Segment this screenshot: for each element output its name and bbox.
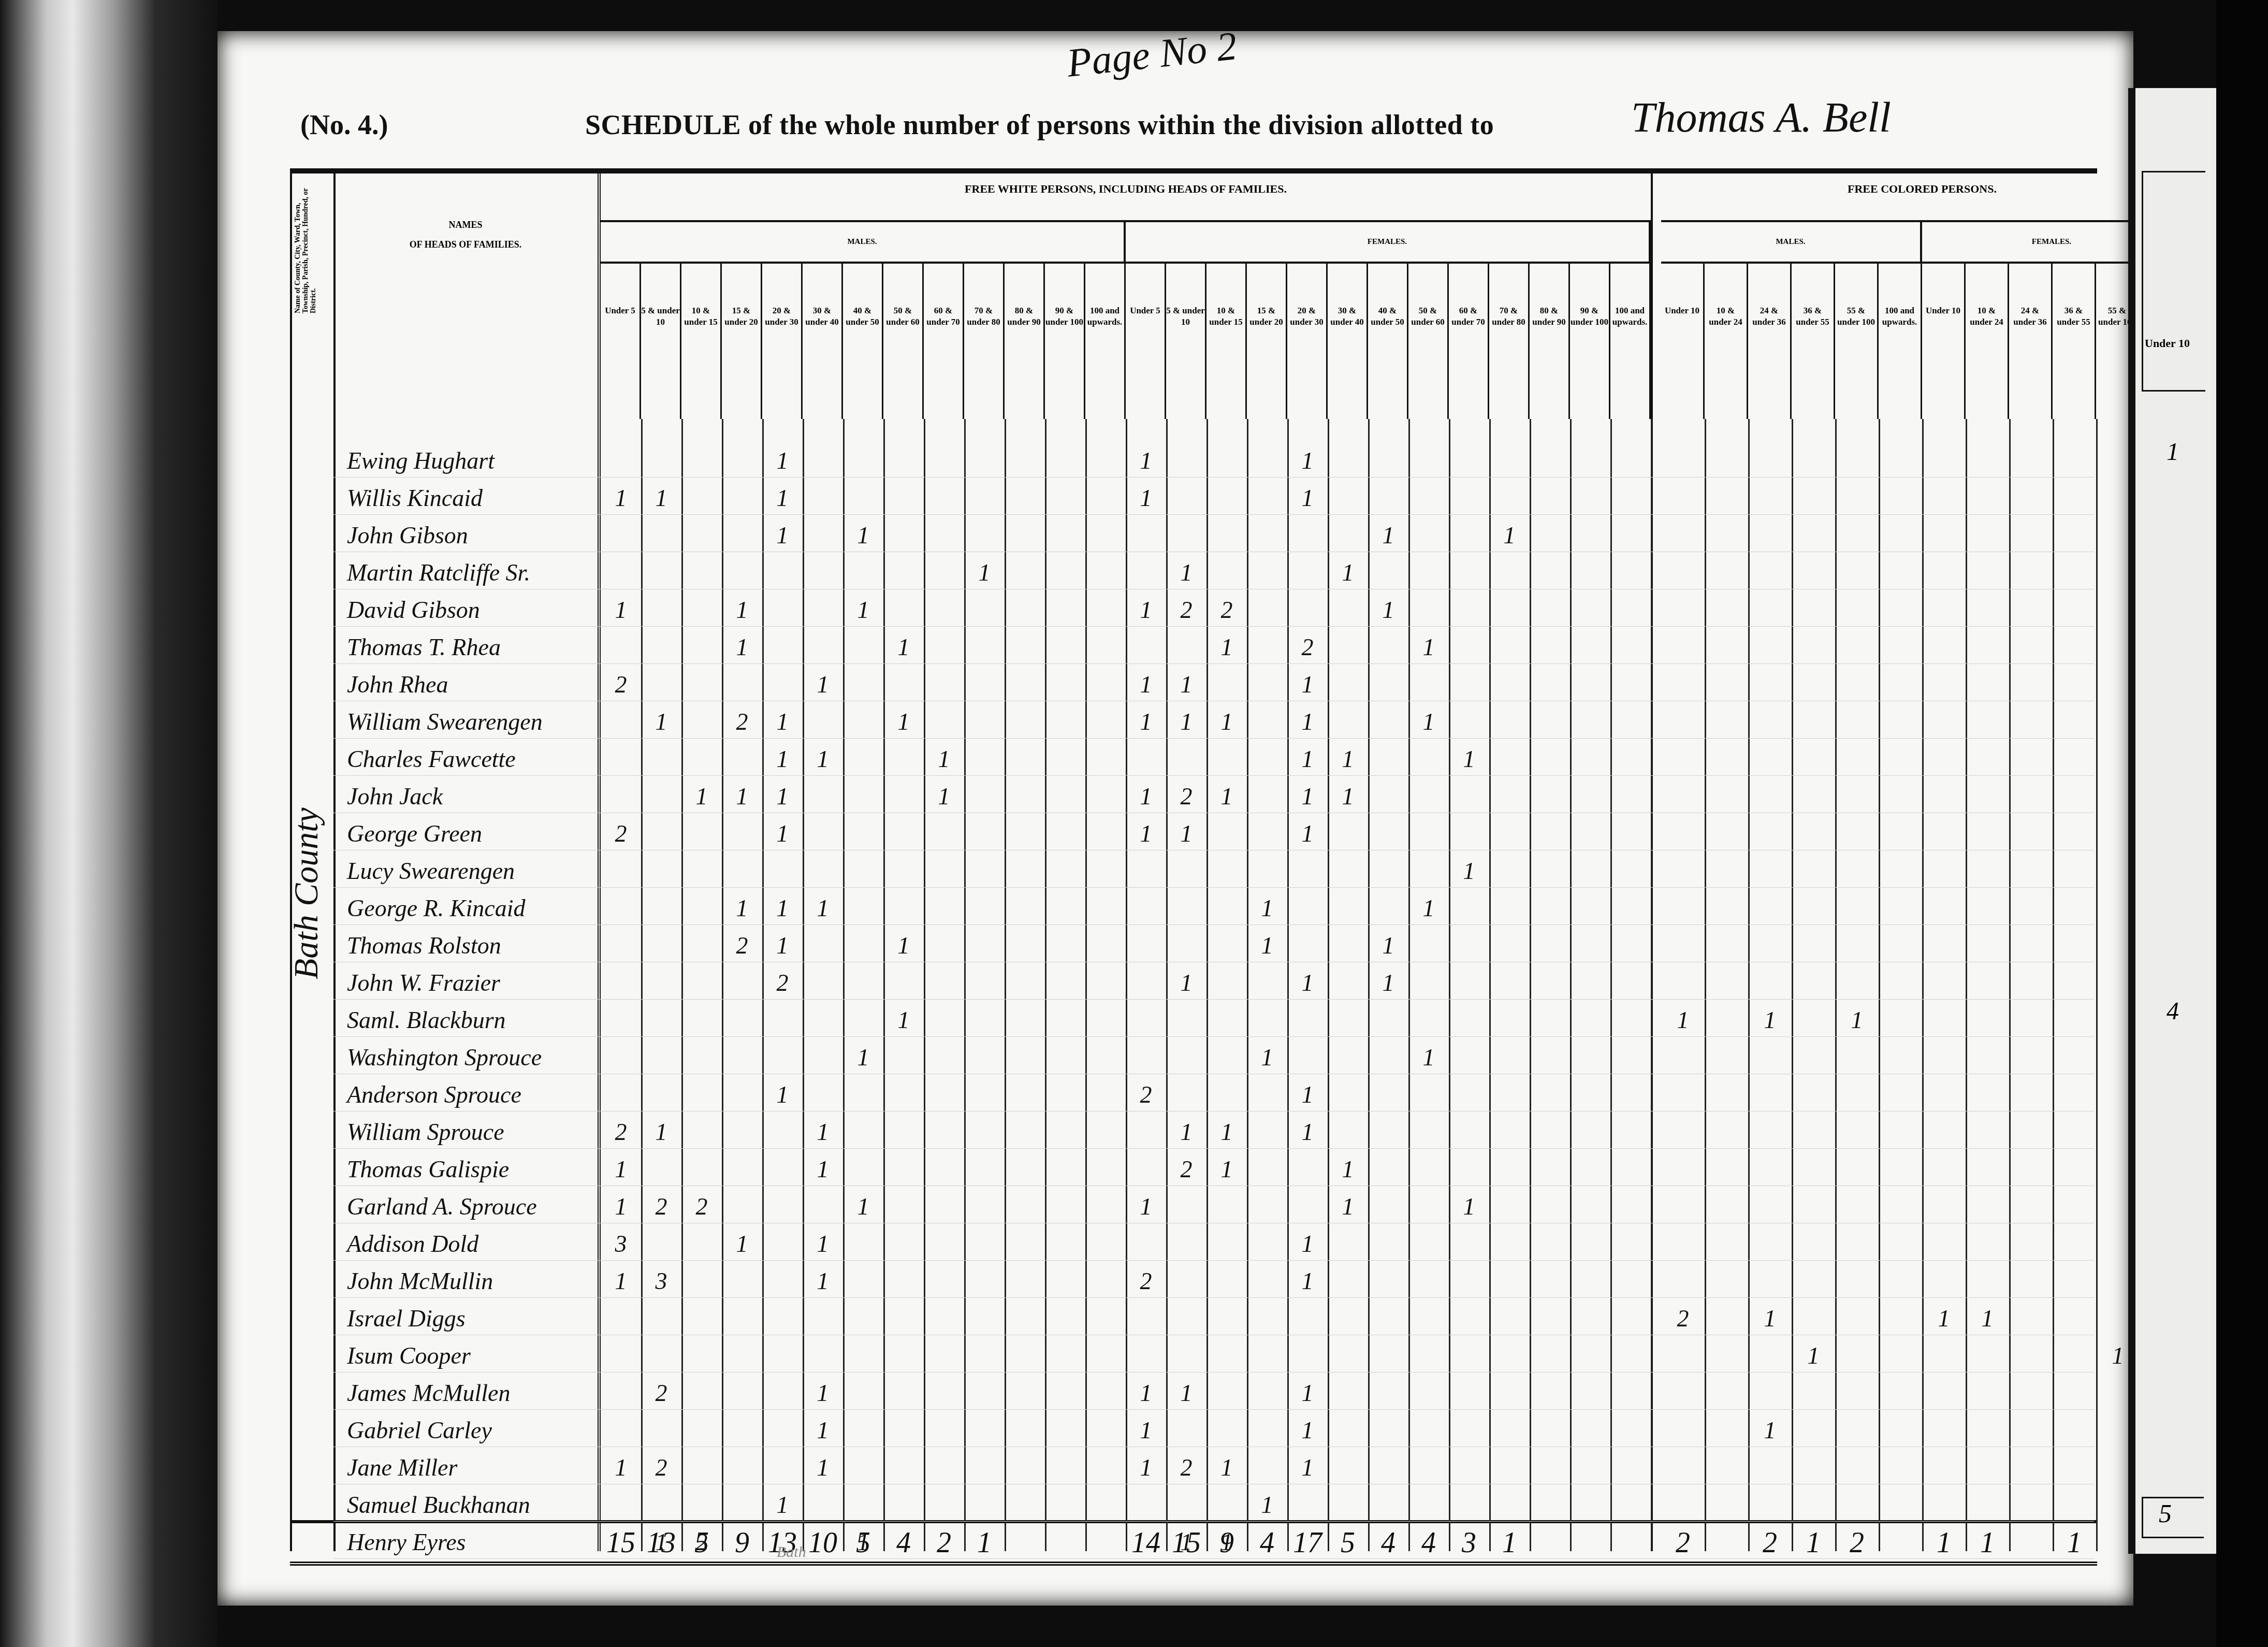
tally-value: 1	[1287, 1230, 1328, 1258]
tally-value: 1	[1126, 484, 1166, 512]
tally-value: 1	[883, 932, 924, 959]
tally-value: 1	[803, 745, 843, 773]
tally-value: 1	[1247, 894, 1287, 922]
column-total: 5	[681, 1526, 722, 1559]
tally-value: 1	[762, 783, 803, 810]
tally-value: 1	[601, 484, 641, 512]
tally-value: 2	[641, 1454, 681, 1481]
age-column-header: 60 & under 70	[924, 264, 964, 419]
tally-value: 1	[1166, 708, 1206, 735]
tally-value: 2	[722, 932, 762, 959]
free-colored-title: FREE COLORED PERSONS.	[1661, 179, 2183, 222]
tally-value: 1	[1287, 1267, 1328, 1295]
tally-value: 1	[1206, 708, 1247, 735]
row-rule	[333, 1409, 2094, 1410]
head-of-family-name: Lucy Swearengen	[347, 857, 515, 885]
tally-value: 2	[762, 969, 803, 996]
tally-value: 1	[1368, 969, 1408, 996]
head-of-family-name: William Sprouce	[347, 1118, 504, 1146]
tally-value: 2	[1287, 633, 1328, 661]
age-column-header: 10 & under 24	[1705, 264, 1748, 419]
tally-value: 1	[883, 1006, 924, 1034]
age-column-header: 90 & under 100	[1570, 264, 1610, 419]
column-total: 1	[2053, 1526, 2096, 1559]
tally-value: 1	[1126, 783, 1166, 810]
age-column-header: 24 & under 36	[2009, 264, 2053, 419]
tally-value: 1	[762, 522, 803, 549]
age-column-header: Under 5	[601, 264, 641, 419]
tally-value: 1	[1206, 1454, 1247, 1481]
tally-value: 2	[601, 671, 641, 698]
row-rule	[333, 738, 2094, 739]
row-rule	[333, 924, 2094, 925]
head-of-family-name: John Jack	[347, 783, 443, 810]
row-rule	[333, 1297, 2094, 1298]
census-table: Name of County, City, Ward, Town, Townsh…	[290, 168, 2097, 1577]
row-rule	[333, 962, 2094, 962]
age-column-header: 60 & under 70	[1449, 264, 1489, 419]
tally-value: 1	[964, 559, 1005, 586]
head-of-family-name: John Rhea	[347, 671, 448, 698]
tally-value: 1	[1287, 671, 1328, 698]
tally-value: 1	[1287, 745, 1328, 773]
head-of-family-name: Henry Eyres	[347, 1528, 466, 1556]
column-total: 15	[1166, 1526, 1206, 1559]
tally-value: 1	[1328, 1193, 1368, 1220]
row-rule	[333, 514, 2094, 515]
row-rule	[333, 850, 2094, 850]
row-rule	[333, 1111, 2094, 1111]
row-rule	[333, 1335, 2094, 1335]
tally-value: 1	[1126, 1417, 1166, 1444]
adjacent-page-header	[2142, 171, 2205, 392]
tally-value: 1	[1748, 1417, 1792, 1444]
head-of-family-name: Thomas Rolston	[347, 932, 501, 959]
county-label: Bath County	[287, 785, 339, 1002]
tally-value: 1	[803, 1454, 843, 1481]
tally-value: 1	[1126, 671, 1166, 698]
row-rule	[333, 887, 2094, 888]
names-header-subtitle: OF HEADS OF FAMILIES.	[333, 235, 598, 254]
head-of-family-name: George Green	[347, 820, 482, 847]
tally-value: 1	[601, 1454, 641, 1481]
head-of-family-name: Thomas Galispie	[347, 1155, 509, 1183]
tally-value: 1	[803, 1230, 843, 1258]
tally-value: 1	[1247, 1044, 1287, 1071]
tally-value: 1	[883, 633, 924, 661]
head-of-family-name: Gabriel Carley	[347, 1417, 492, 1444]
tally-value: 1	[1287, 1081, 1328, 1108]
tally-value: 1	[762, 708, 803, 735]
tally-value: 1	[1328, 559, 1368, 586]
census-page: Page No 2 (No. 4.) SCHEDULE of the whole…	[217, 31, 2133, 1606]
age-column-header: 70 & under 80	[964, 264, 1005, 419]
tally-value: 1	[843, 1044, 883, 1071]
tally-value: 1	[1126, 1193, 1166, 1220]
tally-value: 1	[681, 783, 722, 810]
head-of-family-name: Samuel Buckhanan	[347, 1491, 530, 1519]
tally-value: 1	[1287, 708, 1328, 735]
tally-value: 1	[1368, 932, 1408, 959]
tally-value: 1	[1287, 820, 1328, 847]
tally-value: 1	[762, 447, 803, 474]
head-of-family-name: Jane Miller	[347, 1454, 457, 1481]
head-of-family-name: John W. Frazier	[347, 969, 500, 996]
column-total: 4	[1368, 1526, 1408, 1559]
tally-value: 1	[641, 1118, 681, 1146]
row-rule	[333, 1223, 2094, 1223]
tally-value: 1	[601, 1267, 641, 1295]
head-of-family-name: Martin Ratcliffe Sr.	[347, 559, 530, 586]
tally-value: 1	[722, 633, 762, 661]
tally-value: 1	[1287, 1379, 1328, 1407]
tally-value: 2	[641, 1379, 681, 1407]
column-total: 3	[1449, 1526, 1489, 1559]
age-column-header: 55 & under 100	[1835, 264, 1879, 419]
column-total: 1	[1966, 1526, 2009, 1559]
age-column-header: 15 & under 20	[722, 264, 762, 419]
tally-value: 1	[762, 484, 803, 512]
tally-value: 2	[1166, 1155, 1206, 1183]
tally-value: 1	[1206, 633, 1247, 661]
row-rule	[333, 775, 2094, 776]
tally-value: 1	[1287, 783, 1328, 810]
tally-value: 1	[1287, 447, 1328, 474]
tally-value: 1	[1449, 857, 1489, 885]
head-of-family-name: John McMullin	[347, 1267, 493, 1295]
tally-value: 1	[762, 932, 803, 959]
age-column-header: 10 & under 15	[1206, 264, 1247, 419]
tally-value: 1	[1922, 1305, 1966, 1332]
tally-value: 1	[762, 745, 803, 773]
age-column-header: 80 & under 90	[1530, 264, 1570, 419]
column-total: 9	[722, 1526, 762, 1559]
tally-value: 1	[1166, 820, 1206, 847]
head-of-family-name: Charles Fawcette	[347, 745, 516, 773]
tally-value: 1	[762, 894, 803, 922]
head-of-family-name: James McMullen	[347, 1379, 511, 1407]
tally-value: 1	[1408, 708, 1449, 735]
age-column-header: 100 and upwards.	[1085, 264, 1126, 419]
column-total: 10	[803, 1526, 843, 1559]
white-females-label: FEMALES.	[1126, 222, 1651, 264]
age-column-header: 50 & under 60	[883, 264, 924, 419]
age-column-header: 50 & under 60	[1408, 264, 1449, 419]
row-rule	[333, 1186, 2094, 1186]
tally-value: 1	[1966, 1305, 2009, 1332]
head-of-family-name: Isum Cooper	[347, 1342, 471, 1369]
tally-value: 1	[601, 1193, 641, 1220]
tally-value: 1	[1206, 1118, 1247, 1146]
age-column-header: 90 & under 100	[1045, 264, 1085, 419]
tally-value: 1	[762, 1081, 803, 1108]
tally-value: 1	[803, 1155, 843, 1183]
tally-value: 1	[803, 1417, 843, 1444]
head-of-family-name: William Swearengen	[347, 708, 543, 735]
tally-value: 1	[601, 596, 641, 624]
row-rule	[333, 663, 2094, 664]
row-rule	[333, 552, 2094, 552]
tally-value: 1	[1247, 932, 1287, 959]
tally-value: 1	[1792, 1342, 1835, 1369]
tally-value: 1	[722, 1230, 762, 1258]
tally-value: 1	[722, 894, 762, 922]
tally-value: 1	[1166, 969, 1206, 996]
tally-value: 1	[1166, 1118, 1206, 1146]
tally-value: 1	[1328, 1155, 1368, 1183]
white-males-label: MALES.	[601, 222, 1126, 264]
tally-value: 1	[722, 596, 762, 624]
head-of-family-name: David Gibson	[347, 596, 480, 624]
column-total: 1	[964, 1526, 1005, 1559]
tally-value: 1	[1126, 447, 1166, 474]
column-total: 1	[1792, 1526, 1835, 1559]
head-of-family-name: John Gibson	[347, 522, 468, 549]
age-column-header: 40 & under 50	[1368, 264, 1408, 419]
column-total: 4	[883, 1526, 924, 1559]
tally-value: 1	[1126, 820, 1166, 847]
head-of-family-name: Washington Sprouce	[347, 1044, 542, 1071]
age-column-header: 36 & under 55	[1792, 264, 1835, 419]
age-column-header: 80 & under 90	[1005, 264, 1045, 419]
tally-value: 1	[1166, 1379, 1206, 1407]
adjacent-page-edge: Under 10 5 14	[2128, 88, 2223, 1554]
tally-value: 3	[601, 1230, 641, 1258]
column-total: 1	[1489, 1526, 1530, 1559]
tally-value: 1	[843, 596, 883, 624]
totals-bottom-rule	[290, 1562, 2097, 1566]
column-total: 13	[641, 1526, 681, 1559]
column-total: 2	[1835, 1526, 1879, 1559]
names-column-header: NAMES OF HEADS OF FAMILIES.	[333, 215, 598, 254]
adjacent-page-value: 4	[2167, 997, 2179, 1025]
tally-value: 1	[762, 820, 803, 847]
tally-value: 1	[1166, 671, 1206, 698]
age-column-header: 15 & under 20	[1247, 264, 1287, 419]
tally-value: 2	[601, 1118, 641, 1146]
tally-value: 1	[1287, 1118, 1328, 1146]
tally-value: 1	[1206, 1155, 1247, 1183]
tally-value: 1	[1489, 522, 1530, 549]
enumerator-name: Thomas A. Bell	[1631, 93, 1891, 142]
age-column-header: 5 & under 10	[1166, 264, 1206, 419]
age-column-header: 10 & under 15	[681, 264, 722, 419]
age-column-header: 40 & under 50	[843, 264, 883, 419]
age-column-header: 100 and upwards.	[1879, 264, 1922, 419]
free-white-title: FREE WHITE PERSONS, INCLUDING HEADS OF F…	[601, 179, 1651, 222]
colored-males-label: MALES.	[1661, 222, 1922, 264]
tally-value: 1	[803, 1118, 843, 1146]
head-of-family-name: Israel Diggs	[347, 1305, 466, 1332]
tally-value: 1	[1661, 1006, 1705, 1034]
tally-value: 1	[883, 708, 924, 735]
tally-value: 2	[1661, 1305, 1705, 1332]
row-rule	[333, 1074, 2094, 1074]
head-of-family-name: Anderson Sprouce	[347, 1081, 521, 1108]
tally-value: 1	[1408, 1044, 1449, 1071]
tally-value: 1	[1408, 894, 1449, 922]
age-column-header: 36 & under 55	[2053, 264, 2096, 419]
tally-value: 1	[1328, 745, 1368, 773]
tally-value: 2	[1126, 1081, 1166, 1108]
tally-value: 1	[803, 894, 843, 922]
tally-value: 2	[601, 820, 641, 847]
row-rule	[333, 1447, 2094, 1447]
tally-value: 1	[1748, 1305, 1792, 1332]
tally-value: 1	[803, 671, 843, 698]
tally-value: 1	[1287, 1454, 1328, 1481]
row-rule	[333, 1148, 2094, 1149]
age-column-header: 10 & under 24	[1966, 264, 2009, 419]
head-of-family-name: Ewing Hughart	[347, 447, 495, 474]
tally-value: 1	[1449, 745, 1489, 773]
column-total: 9	[1206, 1526, 1247, 1559]
row-rule	[333, 589, 2094, 589]
head-of-family-name: Willis Kincaid	[347, 484, 483, 512]
column-total: 15	[601, 1526, 641, 1559]
tally-value: 1	[843, 1193, 883, 1220]
column-total: 4	[1247, 1526, 1287, 1559]
tally-value: 1	[1835, 1006, 1879, 1034]
adjacent-page-col-label: Under 10	[2145, 337, 2190, 350]
row-rule	[333, 701, 2094, 701]
row-rule	[333, 1372, 2094, 1373]
tally-value: 1	[924, 783, 964, 810]
tally-value: 1	[1126, 596, 1166, 624]
tally-value: 1	[722, 783, 762, 810]
tally-value: 1	[641, 708, 681, 735]
tally-value: 1	[1247, 1491, 1287, 1519]
tally-value: 2	[1166, 1454, 1206, 1481]
row-rule	[333, 1484, 2094, 1484]
tally-value: 2	[641, 1193, 681, 1220]
tally-value: 1	[601, 1155, 641, 1183]
tally-value: 1	[924, 745, 964, 773]
tally-value: 1	[1287, 969, 1328, 996]
scan-margin-left	[0, 0, 217, 1647]
row-rule	[333, 1260, 2094, 1261]
page-number: Page No 2	[1065, 22, 1239, 86]
geo-column-header: Name of County, City, Ward, Town, Townsh…	[294, 184, 330, 313]
age-column-header: 100 and upwards.	[1610, 264, 1651, 419]
footer-stamp: Bath	[777, 1543, 806, 1561]
column-rule	[2096, 419, 2098, 1551]
row-rule	[333, 626, 2094, 627]
tally-value: 2	[1206, 596, 1247, 624]
age-column-header: Under 5	[1126, 264, 1166, 419]
head-of-family-name: Addison Dold	[347, 1230, 478, 1258]
form-number: (No. 4.)	[300, 109, 388, 141]
head-of-family-name: Saml. Blackburn	[347, 1006, 506, 1034]
adjacent-page-total: 5	[2142, 1497, 2204, 1538]
column-total: 2	[924, 1526, 964, 1559]
column-total: 2	[1748, 1526, 1792, 1559]
age-column-header: 5 & under 10	[641, 264, 681, 419]
age-column-header: 70 & under 80	[1489, 264, 1530, 419]
tally-value: 1	[1287, 1417, 1328, 1444]
age-column-header: 30 & under 40	[1328, 264, 1368, 419]
tally-value: 1	[1126, 1454, 1166, 1481]
row-rule	[333, 999, 2094, 1000]
tally-value: 1	[1287, 484, 1328, 512]
tally-value: 1	[1206, 783, 1247, 810]
tally-value: 1	[1449, 1193, 1489, 1220]
tally-value: 1	[803, 1379, 843, 1407]
column-total: 4	[1408, 1526, 1449, 1559]
head-of-family-name: Garland A. Sprouce	[347, 1193, 537, 1220]
schedule-title: SCHEDULE of the whole number of persons …	[585, 109, 1494, 141]
age-column-header: 20 & under 30	[762, 264, 803, 419]
tally-value: 2	[1166, 596, 1206, 624]
scan-margin-right	[2216, 0, 2268, 1647]
tally-value: 2	[722, 708, 762, 735]
tally-value: 1	[1126, 708, 1166, 735]
age-column-header: Under 10	[1661, 264, 1705, 419]
age-column-header: 20 & under 30	[1287, 264, 1328, 419]
row-rule	[333, 813, 2094, 813]
tally-value: 1	[1126, 1379, 1166, 1407]
tally-value: 1	[762, 1491, 803, 1519]
tally-value: 1	[843, 522, 883, 549]
age-column-header: Under 10	[1922, 264, 1966, 419]
tally-value: 2	[1126, 1267, 1166, 1295]
tally-value: 1	[641, 484, 681, 512]
tally-value: 1	[1408, 633, 1449, 661]
column-total: 5	[843, 1526, 883, 1559]
adjacent-page-value: 1	[2167, 438, 2179, 466]
tally-value: 3	[641, 1267, 681, 1295]
row-rule	[333, 477, 2094, 478]
column-total: 1	[1922, 1526, 1966, 1559]
column-total: 17	[1287, 1526, 1328, 1559]
tally-value: 1	[1368, 522, 1408, 549]
column-total: 2	[1661, 1526, 1705, 1559]
age-column-header: 24 & under 36	[1748, 264, 1792, 419]
head-of-family-name: Thomas T. Rhea	[347, 633, 501, 661]
column-total: 5	[1328, 1526, 1368, 1559]
tally-value: 1	[1748, 1006, 1792, 1034]
tally-value: 2	[1166, 783, 1206, 810]
age-column-header: 30 & under 40	[803, 264, 843, 419]
names-header-title: NAMES	[333, 215, 598, 235]
tally-value: 2	[681, 1193, 722, 1220]
row-rule	[333, 1036, 2094, 1037]
head-of-family-name: George R. Kincaid	[347, 894, 526, 922]
row-rule	[333, 1521, 2094, 1522]
tally-value: 1	[1368, 596, 1408, 624]
column-total: 14	[1126, 1526, 1166, 1559]
tally-value: 1	[1328, 783, 1368, 810]
geo-column: Name of County, City, Ward, Town, Townsh…	[290, 174, 336, 1551]
tally-value: 1	[803, 1267, 843, 1295]
tally-value: 1	[1166, 559, 1206, 586]
